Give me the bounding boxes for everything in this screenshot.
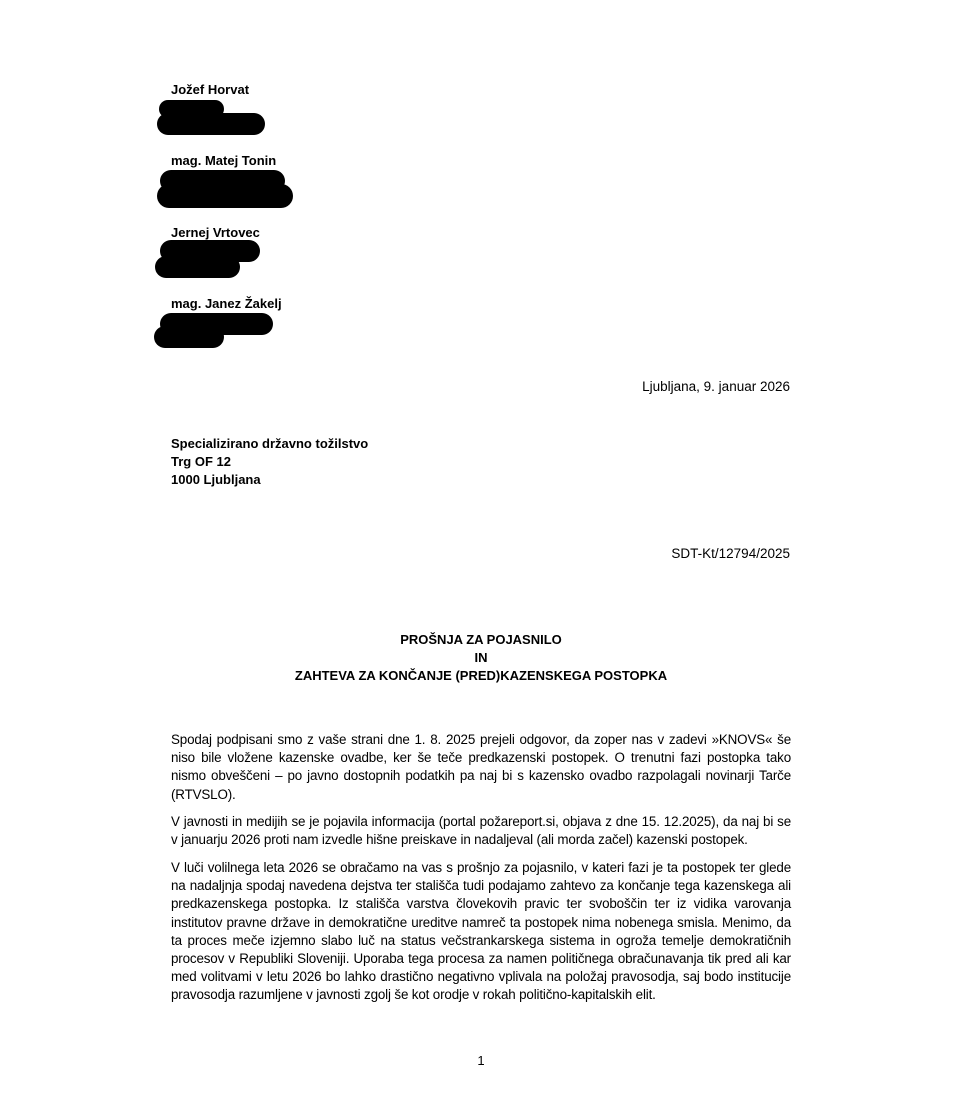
sender-block: Jožef Horvat: [171, 82, 249, 98]
recipient-address: Specializirano državno tožilstvo Trg OF …: [171, 435, 368, 489]
sender-block: Jernej Vrtovec: [171, 225, 260, 241]
title-line: PROŠNJA ZA POJASNILO: [171, 631, 791, 649]
redaction-mark: [157, 184, 293, 208]
recipient-line: 1000 Ljubljana: [171, 471, 368, 489]
recipient-line: Trg OF 12: [171, 453, 368, 471]
title-line: ZAHTEVA ZA KONČANJE (PRED)KAZENSKEGA POS…: [171, 667, 791, 685]
title-line: IN: [171, 649, 791, 667]
sender-block: mag. Janez Žakelj: [171, 296, 282, 312]
sender-name: Jernej Vrtovec: [171, 225, 260, 241]
page-number: 1: [0, 1053, 962, 1068]
redaction-mark: [155, 256, 240, 278]
body-paragraph: V luči volilnega leta 2026 se obračamo n…: [171, 859, 791, 1005]
reference-number: SDT-Kt/12794/2025: [671, 545, 790, 562]
sender-name: Jožef Horvat: [171, 82, 249, 98]
body-paragraph: Spodaj podpisani smo z vaše strani dne 1…: [171, 731, 791, 804]
sender-name: mag. Janez Žakelj: [171, 296, 282, 312]
redaction-mark: [157, 113, 265, 135]
sender-name: mag. Matej Tonin: [171, 153, 276, 169]
place-date: Ljubljana, 9. januar 2026: [642, 378, 790, 395]
redaction-mark: [154, 326, 224, 348]
body-paragraph: V javnosti in medijih se je pojavila inf…: [171, 813, 791, 849]
document-page: Jožef Horvat mag. Matej Tonin Jernej Vrt…: [0, 0, 968, 1104]
document-title: PROŠNJA ZA POJASNILO IN ZAHTEVA ZA KONČA…: [171, 631, 791, 685]
sender-block: mag. Matej Tonin: [171, 153, 276, 169]
recipient-line: Specializirano državno tožilstvo: [171, 435, 368, 453]
